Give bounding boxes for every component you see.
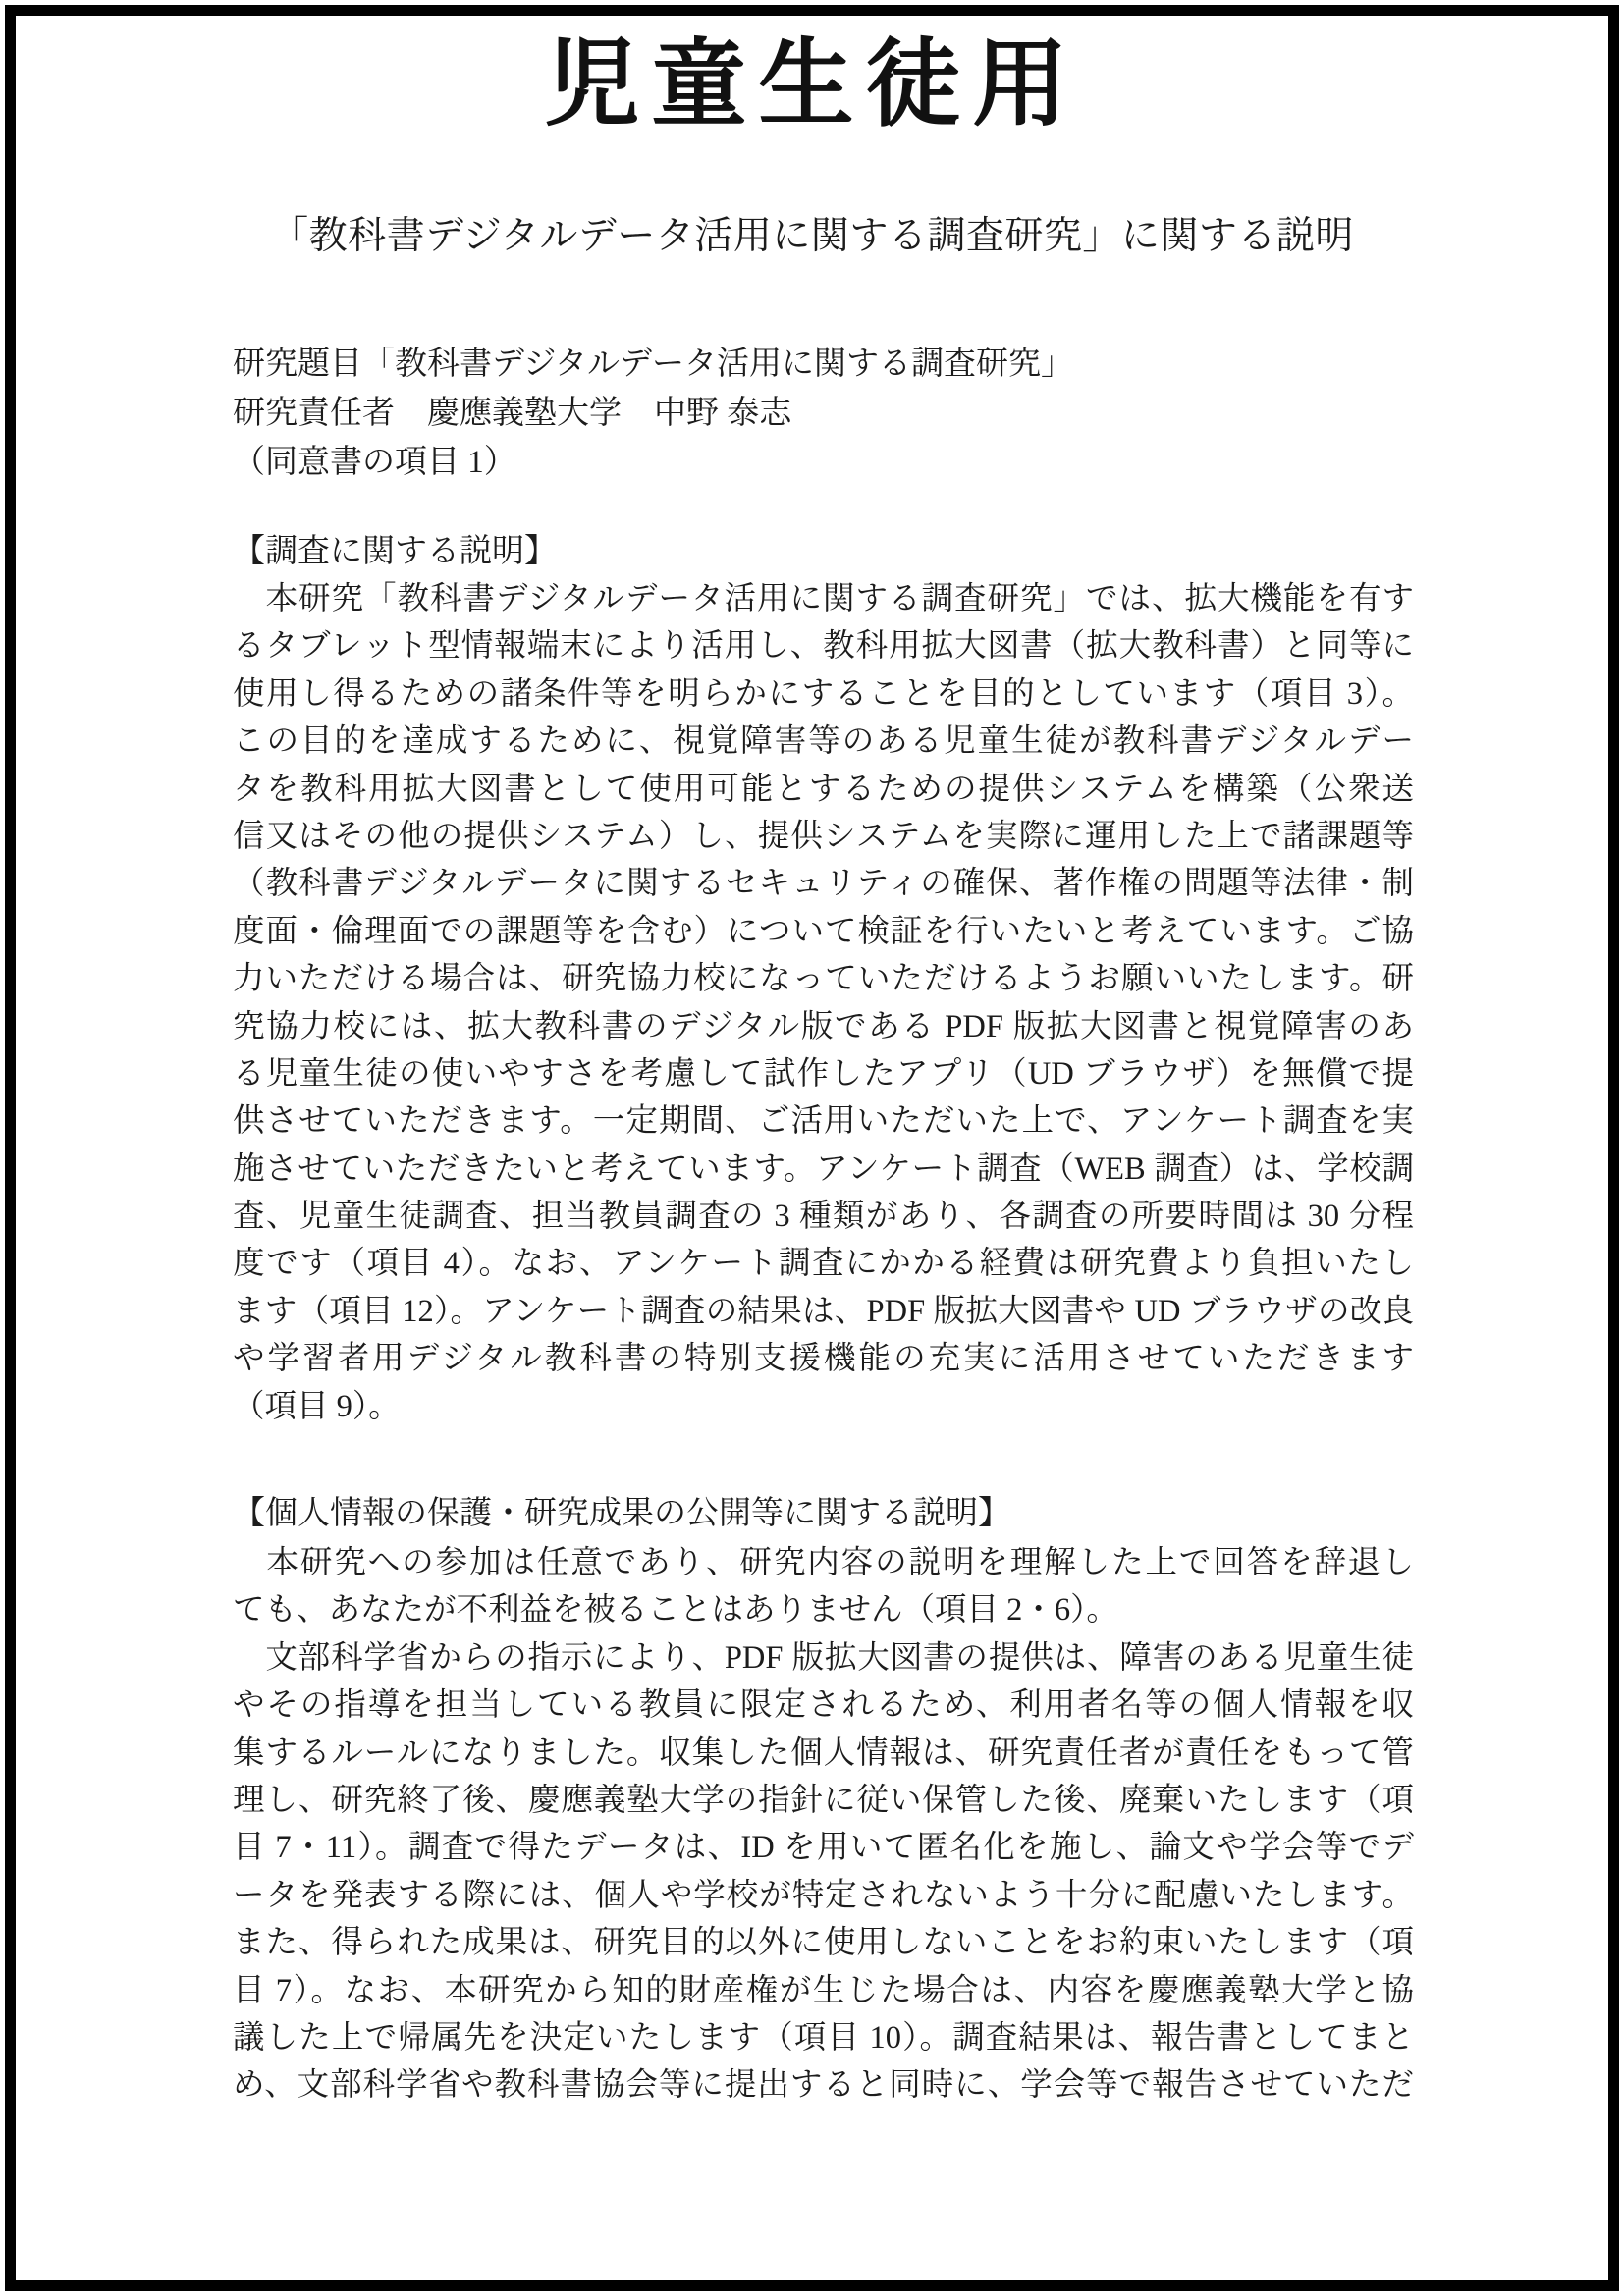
section1-body: 本研究「教科書デジタルデータ活用に関する調査研究」では、拡大機能を有するタブレッ… <box>233 575 1414 1430</box>
text-line: （教科書デジタルデータに関するセキュリティの確保、著作権の問題等法律・制 <box>233 860 1414 907</box>
text-line: 力いただける場合は、研究協力校になっていただけるようお願いいたします。研 <box>233 955 1414 1002</box>
text-line: 目 7）。なお、本研究から知的財産権が生じた場合は、内容を慶應義塾大学と協 <box>233 1967 1414 2014</box>
page-title: 児童生徒用 <box>0 35 1624 133</box>
section2-heading: 【個人情報の保護・研究成果の公開等に関する説明】 <box>233 1492 1414 1535</box>
text-line: 査、児童生徒調査、担当教員調査の 3 種類があり、各調査の所要時間は 30 分程 <box>233 1193 1414 1240</box>
section2-body: 本研究への参加は任意であり、研究内容の説明を理解した上で回答を辞退しても、あなた… <box>233 1539 1414 2109</box>
text-line: 信又はその他の提供システム）し、提供システムを実際に運用した上で諸課題等 <box>233 813 1414 860</box>
text-line: 究協力校には、拡大教科書のデジタル版である PDF 版拡大図書と視覚障害のあ <box>233 1003 1414 1050</box>
text-line: 研究題目「教科書デジタルデータ活用に関する調査研究」 <box>233 340 1414 389</box>
research-info-block: 研究題目「教科書デジタルデータ活用に関する調査研究」研究責任者 慶應義塾大学 中… <box>233 340 1414 487</box>
text-line: や学習者用デジタル教科書の特別支援機能の充実に活用させていただきます <box>233 1335 1414 1382</box>
text-line: 集するルールになりました。収集した個人情報は、研究責任者が責任をもって管 <box>233 1730 1414 1777</box>
text-line: ます（項目 12）。アンケート調査の結果は、PDF 版拡大図書や UD ブラウザ… <box>233 1288 1414 1335</box>
text-line: （項目 9）。 <box>233 1383 1414 1430</box>
text-line: （同意書の項目 1） <box>233 438 1414 487</box>
text-line: また、得られた成果は、研究目的以外に使用しないことをお約束いたします（項 <box>233 1919 1414 1966</box>
paragraph: 本研究への参加は任意であり、研究内容の説明を理解した上で回答を辞退しても、あなた… <box>233 1539 1414 1634</box>
text-line: 理し、研究終了後、慶應義塾大学の指針に従い保管した後、廃棄いたします（項 <box>233 1777 1414 1824</box>
text-line: 施させていただきたいと考えています。アンケート調査（WEB 調査）は、学校調 <box>233 1146 1414 1193</box>
text-line: ても、あなたが不利益を被ることはありません（項目 2・6）。 <box>233 1586 1414 1633</box>
text-line: やその指導を担当している教員に限定されるため、利用者名等の個人情報を収 <box>233 1682 1414 1729</box>
text-line: 本研究への参加は任意であり、研究内容の説明を理解した上で回答を辞退し <box>233 1539 1414 1586</box>
text-line: 度です（項目 4）。なお、アンケート調査にかかる経費は研究費より負担いたし <box>233 1240 1414 1287</box>
section1-heading: 【調査に関する説明】 <box>233 530 1414 573</box>
text-line: 議した上で帰属先を決定いたします（項目 10）。調査結果は、報告書としてまと <box>233 2014 1414 2061</box>
text-line: 研究責任者 慶應義塾大学 中野 泰志 <box>233 389 1414 438</box>
text-line: 供させていただきます。一定期間、ご活用いただいた上で、アンケート調査を実 <box>233 1097 1414 1145</box>
document-page: 児童生徒用 「教科書デジタルデータ活用に関する調査研究」に関する説明 研究題目「… <box>0 0 1624 2296</box>
text-line: ータを発表する際には、個人や学校が特定されないよう十分に配慮いたします。 <box>233 1872 1414 1919</box>
text-line: 使用し得るための諸条件等を明らかにすることを目的としています（項目 3）。 <box>233 670 1414 718</box>
text-line: この目的を達成するために、視覚障害等のある児童生徒が教科書デジタルデー <box>233 718 1414 765</box>
text-line: 目 7・11）。調査で得たデータは、ID を用いて匿名化を施し、論文や学会等でデ <box>233 1824 1414 1871</box>
text-line: 本研究「教科書デジタルデータ活用に関する調査研究」では、拡大機能を有す <box>233 575 1414 622</box>
document-subtitle: 「教科書デジタルデータ活用に関する調査研究」に関する説明 <box>0 214 1624 259</box>
text-line: め、文部科学省や教科書協会等に提出すると同時に、学会等で報告させていただ <box>233 2061 1414 2109</box>
text-line: タを教科用拡大図書として使用可能とするための提供システムを構築（公衆送 <box>233 766 1414 813</box>
text-line: 度面・倫理面での課題等を含む）について検証を行いたいと考えています。ご協 <box>233 908 1414 955</box>
text-line: る児童生徒の使いやすさを考慮して試作したアプリ（UD ブラウザ）を無償で提 <box>233 1050 1414 1097</box>
text-line: 文部科学省からの指示により、PDF 版拡大図書の提供は、障害のある児童生徒 <box>233 1634 1414 1682</box>
paragraph: 本研究「教科書デジタルデータ活用に関する調査研究」では、拡大機能を有するタブレッ… <box>233 575 1414 1430</box>
paragraph: 文部科学省からの指示により、PDF 版拡大図書の提供は、障害のある児童生徒やその… <box>233 1634 1414 2109</box>
text-line: るタブレット型情報端末により活用し、教科用拡大図書（拡大教科書）と同等に <box>233 622 1414 669</box>
